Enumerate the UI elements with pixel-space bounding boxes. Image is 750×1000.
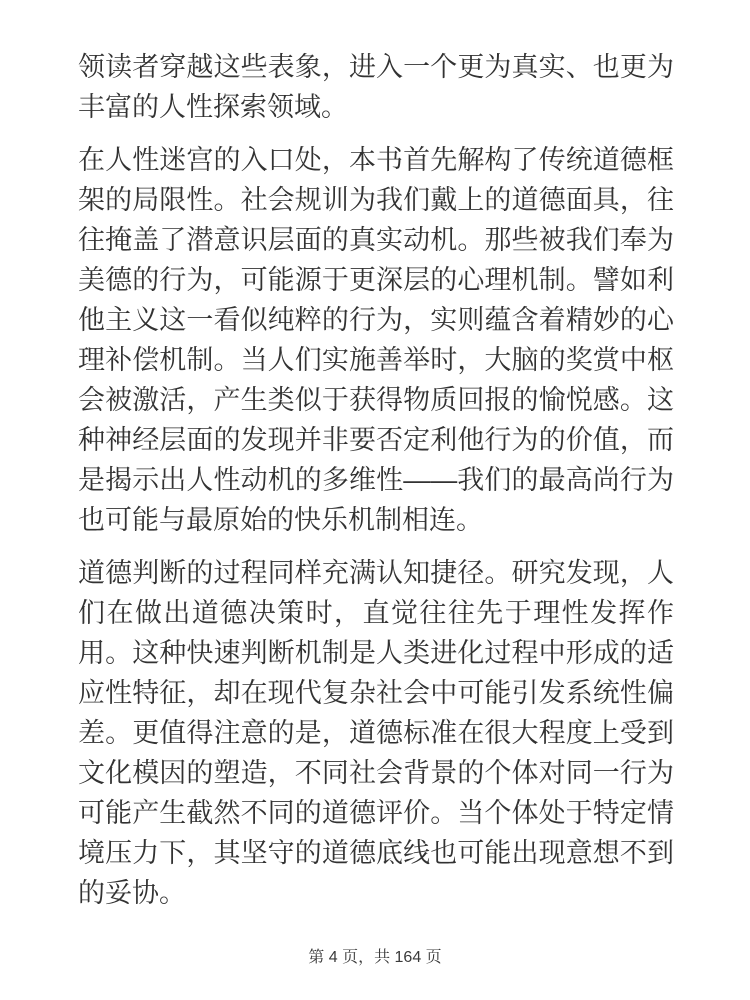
paragraph: 在人性迷宫的入口处，本书首先解构了传统道德框架的局限性。社会规训为我们戴上的道德… [78,140,674,540]
paragraph: 领读者穿越这些表象，进入一个更为真实、也更为丰富的人性探索领域。 [78,47,674,127]
page-content: 领读者穿越这些表象，进入一个更为真实、也更为丰富的人性探索领域。 在人性迷宫的入… [78,47,674,926]
document-page: 领读者穿越这些表象，进入一个更为真实、也更为丰富的人性探索领域。 在人性迷宫的入… [0,0,750,1000]
page-number-footer: 第 4 页，共 164 页 [0,946,750,970]
paragraph: 道德判断的过程同样充满认知捷径。研究发现，人们在做出道德决策时，直觉往往先于理性… [78,553,674,913]
